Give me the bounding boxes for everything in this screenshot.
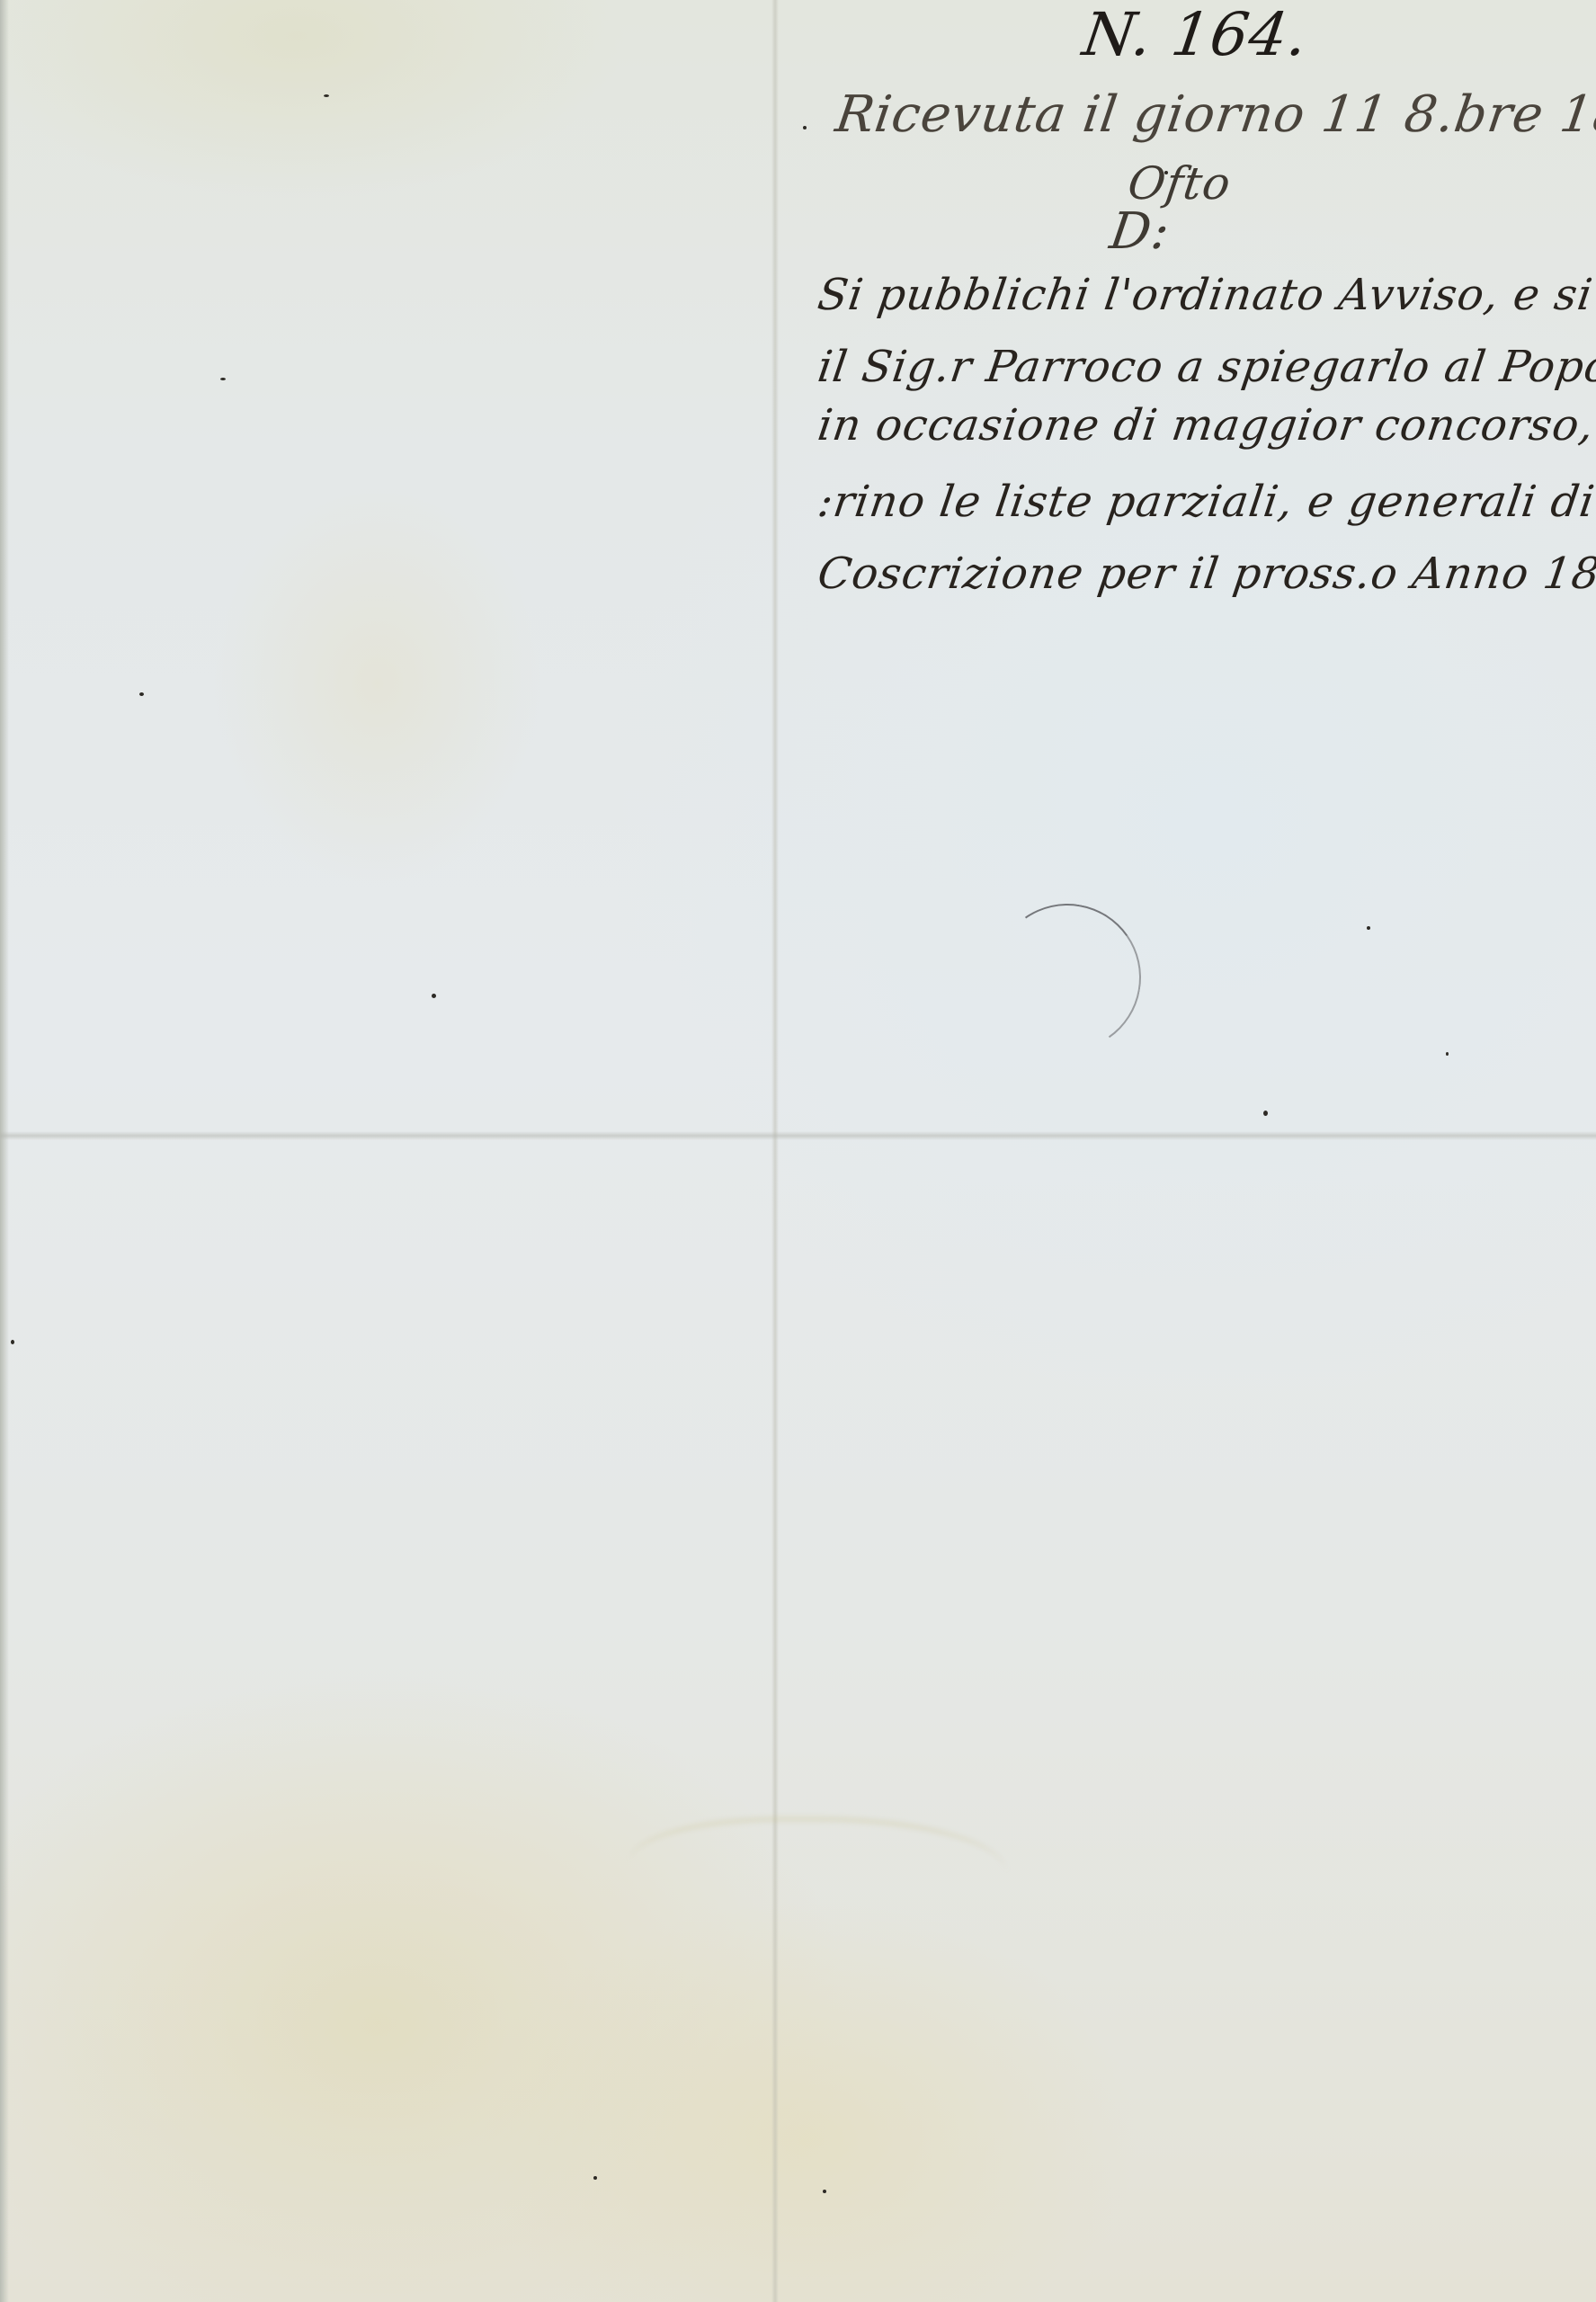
document-number: N. 164. (1079, 0, 1313, 69)
ink-speck (1263, 1111, 1268, 1116)
received-date-line: Ricevuta il giorno 11 8.bre 1810 (832, 85, 1596, 144)
body-text-line: il Sig.r Parroco a spiegarlo al Popolo (815, 342, 1596, 392)
vertical-fold-line (771, 0, 779, 2302)
decree-mark: D: (1106, 202, 1173, 261)
body-text-line: in occasione di maggior concorso, e si p… (815, 400, 1596, 451)
body-text-line: Coscrizione per il pross.o Anno 1811. (815, 549, 1596, 599)
ink-speck (803, 126, 807, 129)
horizontal-fold-line (0, 1131, 1596, 1140)
paper-left-edge (0, 0, 9, 2302)
ink-speck (139, 692, 144, 696)
body-text-line: :rino le liste parziali, e generali di (815, 477, 1596, 527)
ink-speck (220, 378, 226, 380)
ink-speck (432, 994, 436, 998)
ink-speck (324, 94, 329, 97)
ink-speck (11, 1340, 14, 1344)
ink-arc-mark (982, 892, 1153, 1063)
ink-speck (593, 2176, 597, 2180)
body-text-line: Si pubblichi l'ordinato Avviso, e si inv… (815, 270, 1596, 320)
manuscript-page: N. 164. Ricevuta il giorno 11 8.bre 1810… (0, 0, 1596, 2302)
ink-speck (1446, 1052, 1449, 1056)
water-stain (629, 1816, 1007, 1930)
ink-speck (1367, 926, 1370, 930)
ink-speck (823, 2190, 826, 2193)
